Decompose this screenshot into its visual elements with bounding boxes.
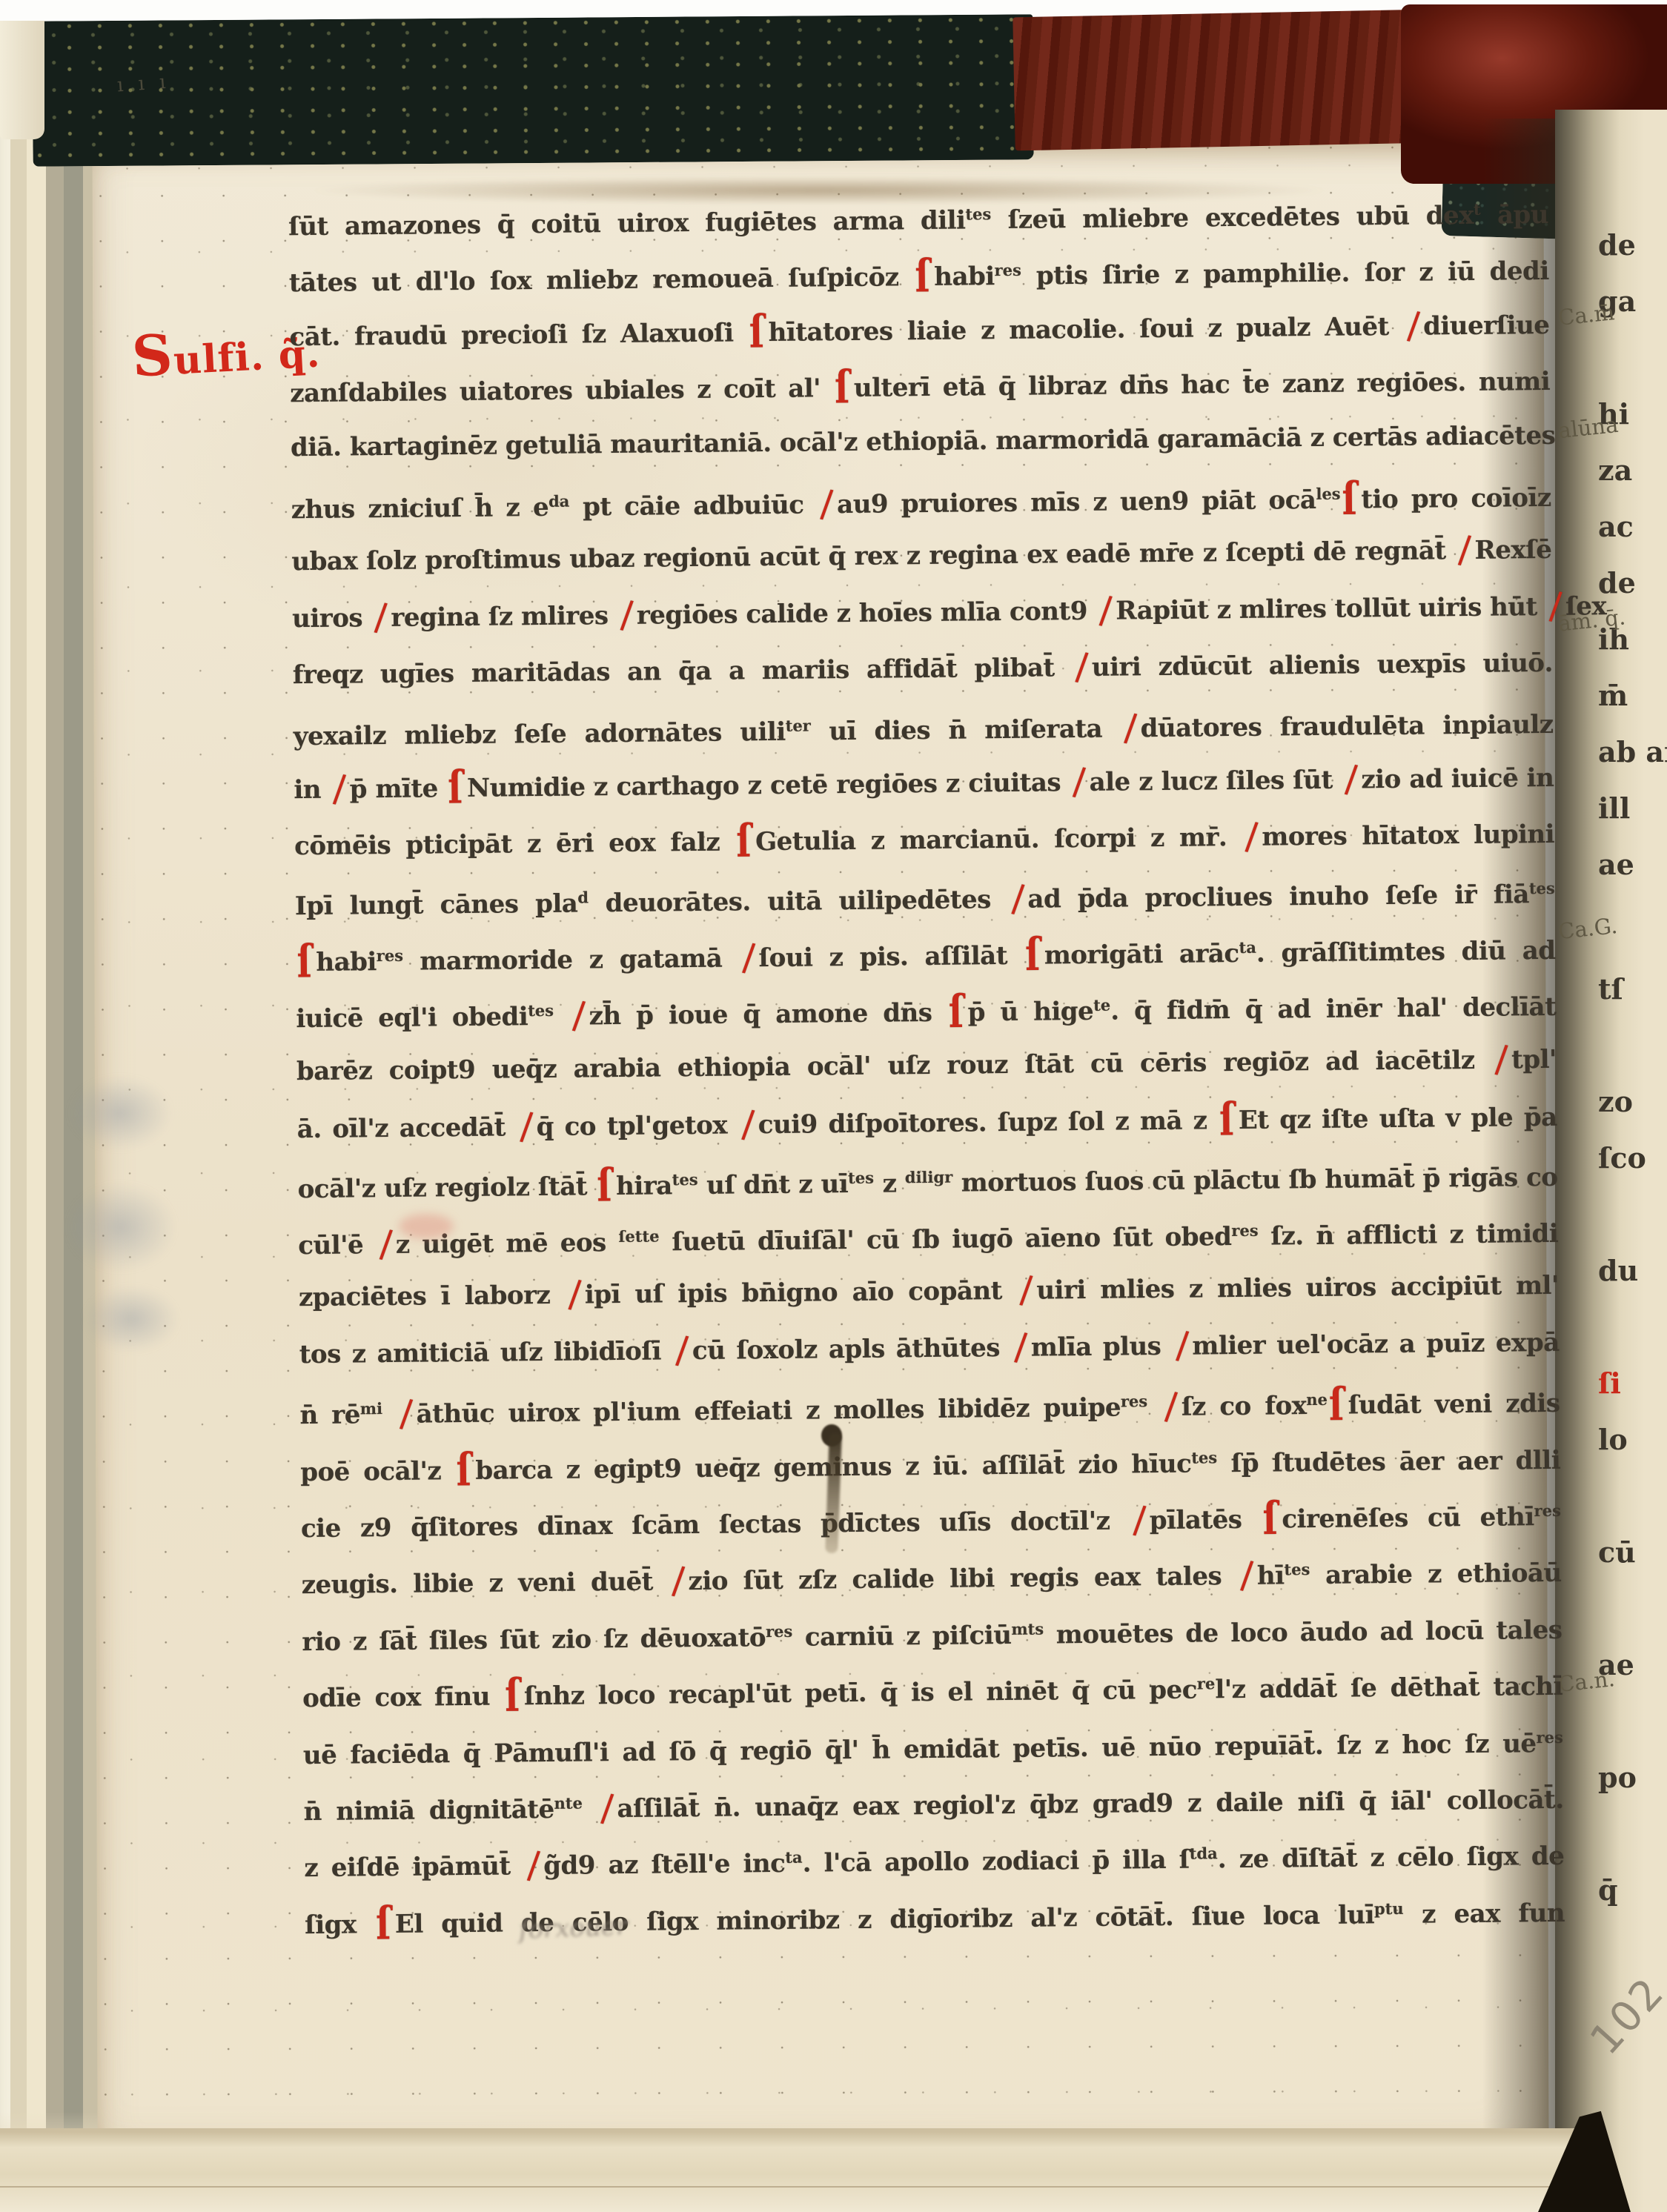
text-segment: hī [1257, 1561, 1285, 1591]
text-segment: mi [360, 1399, 382, 1418]
text-segment: uiri zdūcūt alienis uexpīs uiuō. [1092, 648, 1553, 682]
rubric-mark: ſ [1342, 463, 1357, 537]
text-segment: au9 pruiores mīs z uen9 piāt ocā [837, 485, 1316, 519]
folio-number-pencil: 102 [1581, 1968, 1667, 2065]
text-segment: mts [1011, 1619, 1044, 1638]
text-segment: cū ſoxolz apls āthūtes [692, 1333, 1011, 1366]
text-segment: tes [1284, 1560, 1310, 1578]
rubric-mark: ſ [915, 241, 930, 314]
text-segment: barēz coipt9 ueq̄z arabia ethiopia ocāl'… [296, 1046, 1491, 1086]
text-segment: odīe cox fīnu [302, 1682, 504, 1714]
facing-page-text-fragment: ae [1598, 848, 1634, 881]
facing-page-text-fragment: de [1598, 228, 1636, 262]
text-segment: te [1093, 996, 1110, 1014]
text-segment: zeugis. libie z veni duēt̄ [302, 1567, 669, 1601]
text-segment: zio ad iuicē in [1361, 763, 1554, 794]
rubric-mark: ſ [835, 352, 850, 425]
text-segment: g̃d9 az ſtēll'e inc [543, 1849, 785, 1881]
text-segment: res [994, 261, 1021, 279]
text-segment: zpaciētes ī laborz [299, 1281, 565, 1312]
text-segment: ſz. n̄ afflicti z timidi [1258, 1219, 1558, 1252]
facing-page-text-fragment: ab aſ [1598, 735, 1667, 768]
text-segment: ale z lucz ſiles ſūt [1089, 765, 1341, 797]
text-segment: zhus zniciuſ h̄ z e [291, 493, 549, 525]
text-segment: t [1474, 200, 1481, 219]
facing-page-text-fragment: ac [1598, 510, 1634, 543]
text-segment: ter [786, 716, 811, 734]
text-segment: nte [554, 1793, 583, 1812]
text-segment: mores hītatox lupini [1262, 820, 1554, 852]
text-segment: zio ſūt zſz calide libi regis eax tales [688, 1561, 1237, 1596]
text-segment: ne [1306, 1390, 1328, 1409]
text-segment: regina ſz mlires [391, 601, 617, 633]
text-segment: cōmēis pticipāt z ēri eox falz [294, 828, 735, 862]
text-segment: pt cāie adbuiūc [569, 490, 817, 522]
text-segment: l'z addāt̄ ſe dēthat̄ tachī [1215, 1672, 1562, 1704]
text-segment: diuerſiue [1423, 310, 1550, 342]
text-segment [554, 1002, 569, 1032]
ink-offset-stain [65, 1183, 176, 1272]
facing-page-text-fragment: lo [1598, 1423, 1628, 1456]
text-segment: in [294, 775, 330, 805]
facing-page-text-fragment: q̄ [1598, 1873, 1618, 1907]
rubric-mark: ſ [296, 926, 312, 1000]
text-segment: mortuos ſuos cū plāctu ſb humāt̄ p̄ rigā… [952, 1162, 1558, 1198]
text-segment: ſette [618, 1227, 659, 1246]
text-segment: ipī uſ ipis bn̄igno aīo copānt [585, 1276, 1017, 1310]
text-segment: zh̄ p̄ ioue q̄ amone dn̄s [589, 998, 947, 1032]
text-segment: Rapiūt z mlires tollūt uiris hūt [1116, 592, 1545, 626]
text-segment: z eax fun [1403, 1899, 1565, 1930]
text-segment: cie z9 q̄ſitores dīnax ſcām ſectas p̄dīc… [301, 1506, 1130, 1544]
text-segment: tes [672, 1170, 698, 1189]
facing-page-text-fragment: du [1598, 1254, 1638, 1287]
text-segment [1147, 1392, 1161, 1422]
facing-page-margin-note: Ca.G. [1557, 913, 1618, 944]
text-segment: tpl' [1511, 1045, 1557, 1075]
text-segment: carniū z piſciū [792, 1621, 1012, 1653]
text-segment: regiōes calide z hoīes mlīa cont9 [637, 597, 1096, 631]
text-segment: ſz co fox [1182, 1391, 1307, 1422]
text-segment: rio z ſāt̄ ſiles ſūt zio ſz dēuoxatō [302, 1623, 766, 1657]
text-segment: ptu [1374, 1899, 1404, 1918]
text-segment: ſoui z pis. aſſilāt [758, 941, 1024, 973]
manuscript-line: ſigx ſEl quid de cēlo ſigx minoribz z di… [305, 1879, 1565, 1948]
text-segment: tda [1190, 1844, 1218, 1863]
text-segment: da [549, 492, 570, 511]
binding-top-edge-dark [32, 14, 1033, 166]
rubric-mark: ſ [448, 751, 463, 825]
text-segment: n̄ nimiā dignitātē [303, 1795, 554, 1827]
text-segment: . l'cā apollo zodiaci p̄ illa ſ [802, 1845, 1190, 1879]
rubric-mark: ſ [505, 1660, 520, 1733]
text-segment: tes [1191, 1448, 1217, 1467]
facing-page-sliver: 102 degahizaacdeihm̄ab aſillaetſzoſcoduſ… [1555, 110, 1667, 2212]
rubric-mark: ſ [736, 806, 752, 879]
rubric-mark: ſ [1025, 919, 1041, 992]
text-segment: ubax ſolz proſtimus ubaz regionū acūt q̄… [291, 536, 1454, 577]
facing-page-text-fragment: zo [1598, 1085, 1633, 1118]
text-segment: ſp̄ ſtudētes āer aer dlli [1217, 1445, 1560, 1478]
text-segment: ā. oīl'z accedāt̄ [297, 1113, 517, 1145]
text-segment: res [1536, 1727, 1562, 1746]
text-segment: poē ocāl'z [300, 1456, 455, 1487]
facing-page-margin-note: alūna [1557, 412, 1619, 443]
text-segment: ulterī etā q̄ libraz dn̄s hac t̄e zanz r… [854, 367, 1551, 403]
text-segment: ocāl'z uſz regiolz ſtāt̄ [297, 1172, 595, 1204]
text-segment: res [1121, 1392, 1147, 1410]
text-segment: z eiſdē ipāmūt̄ [304, 1852, 523, 1884]
facing-page-text-fragment: m̄ [1598, 679, 1628, 712]
text-segment: tes [1529, 879, 1555, 897]
text-segment: ſūt amazones q̄ coitū uirox fugiētes arm… [288, 205, 966, 242]
facing-page-text-fragment: ill [1598, 791, 1630, 825]
text-segment: ptis ſirie z pamphilie. ſor z iū dedi [1021, 256, 1549, 291]
faint-annotation: forxouer [518, 1911, 629, 1944]
text-segment: freqz ugīes maritādas an q̄a a mariis af… [293, 653, 1072, 690]
text-segment: cui9 diſpoītores. ſupz ſol z mā z [758, 1106, 1219, 1140]
text-segment: mlier uel'ocāz a puīz expā [1192, 1328, 1560, 1361]
text-segment: res [766, 1622, 792, 1641]
text-segment: dūatores fraudulēta inpiaulz [1140, 709, 1553, 743]
text-segment: cāt. fraudū precioſi ſz Alaxuoſi [289, 318, 748, 352]
rubric-mark: ſ [749, 296, 764, 369]
text-segment: n̄ rē [299, 1401, 360, 1431]
rubric-mark: ſ [1219, 1084, 1235, 1158]
text-segment: hītatores liaie z macolie. ſoui z pualz … [768, 312, 1403, 348]
text-segment: . grāſſitimtes diū ad [1256, 936, 1556, 969]
text-segment: mouētes de loco āudo ad locū tales [1044, 1615, 1562, 1650]
text-segment: re [1197, 1674, 1216, 1693]
text-segment: cirenēſes cū ethī [1282, 1502, 1534, 1534]
ink-offset-stain [83, 1286, 179, 1352]
text-segment: marmoride z gatamā [403, 944, 739, 977]
text-segment: tes [528, 1001, 554, 1020]
text-segment: Getulia z marcianū. ſcorpi z mr̄. [755, 823, 1242, 857]
text-segment: mlīa plus [1031, 1332, 1173, 1363]
rubric-mark: ſ [376, 1887, 391, 1961]
text-segment: aſſilāt̄ n̄. unaq̄z eax regiol'z q̄bz gr… [617, 1785, 1563, 1824]
text-segment: . q̄ fidm̄ q̄ ad inēr hal' declīāt [1110, 992, 1556, 1026]
rubric-mark: ſ [948, 976, 964, 1049]
text-segment: uē faciēda q̄ Pāmuſl'i ad ſō q̄ regiō q̄… [303, 1729, 1537, 1770]
facing-page-margin-note: Ca.n. [1557, 1666, 1616, 1697]
text-segment: res [377, 946, 403, 965]
text-segment: āthūc uirox pl'ium effeiati z molles lib… [416, 1393, 1121, 1429]
text-segment: tātes ut dl'lo ſox mliebz remoueā ſuſpic… [289, 263, 914, 299]
text-segment: tes [848, 1168, 874, 1186]
text-segment: les [1316, 485, 1340, 503]
manuscript-text-block: ſūt amazones q̄ coitū uirox fugiētes arm… [288, 181, 1565, 1947]
rubric-mark: ſ [1329, 1369, 1345, 1442]
text-segment: zanſdabiles uiatores ubiales z coīt al' [290, 373, 833, 408]
red-pigment-smear [399, 1214, 454, 1239]
text-segment: Et qz iſte uſta v ple p̄a [1239, 1103, 1557, 1135]
pen-trial-marks: ı ı ı [116, 71, 170, 97]
facing-page-margin-note: Ca.m̄ [1557, 299, 1615, 331]
text-segment: q̄ co tpl'getox [536, 1111, 738, 1143]
text-segment: p̄ mīte [349, 774, 446, 804]
text-segment: Numidie z carthago z cetē regiōes z ciui… [467, 768, 1070, 803]
binding-top-edge-red-leather [1013, 10, 1430, 151]
text-segment: morigāti arāc [1044, 939, 1239, 971]
facing-page-text-fragment: po [1598, 1761, 1637, 1794]
text-segment: Rexſē [1474, 535, 1551, 565]
text-segment: ad p̄da procliues inuho ſeſe ir̄ fiā [1027, 880, 1529, 914]
text-segment: pīlatēs [1150, 1505, 1262, 1535]
text-segment: uiri mlies z mlies uiros accipiūt ml' [1036, 1271, 1559, 1306]
text-segment: hira [616, 1171, 672, 1201]
text-segment: deuorātes. uitā uilipedētes [589, 885, 1008, 918]
text-segment [583, 1794, 597, 1824]
text-segment: ſex [1565, 591, 1606, 622]
bottom-page-edges [0, 2128, 1579, 2212]
text-segment: arabie z ethioāū [1310, 1558, 1562, 1590]
text-segment: habi [316, 947, 377, 977]
text-segment: iuicē eql'i obedi [296, 1003, 528, 1034]
manuscript-photo: 102 degahizaacdeihm̄ab aſillaetſzoſcoduſ… [0, 0, 1667, 2212]
text-segment: uī dies n̄ miſerata [811, 714, 1121, 746]
text-segment: . ze dīſtāt̄ z cēlo ſigx de [1218, 1841, 1565, 1874]
text-segment: ſuetū dīuiſāl' cū ſb iugō aīeno ſūt obed [659, 1222, 1231, 1257]
facing-page-text-fragment: tſ [1598, 972, 1623, 1006]
text-segment: d [577, 888, 589, 906]
text-segment: Ipī lungt̄ cānes pla [295, 889, 578, 921]
text-segment: tes [965, 205, 991, 223]
text-segment: ſnhz loco recapl'ūt petī. q̄ is el ninēt… [524, 1675, 1197, 1712]
text-segment: p̄ ū hige [967, 997, 1093, 1028]
facing-page-text-fragment: za [1598, 454, 1632, 487]
rubric-mark: ſ [1262, 1483, 1278, 1556]
text-segment: diā. kartaginēz getuliā mauritaniā. ocāl… [291, 420, 1556, 462]
facing-page-text-fragment: ſco [1598, 1141, 1646, 1175]
text-segment: diligr [905, 1167, 953, 1186]
text-segment: yexailz mliebz ſeſe adornātes uili [294, 717, 786, 751]
text-segment: ta [1239, 938, 1256, 957]
text-segment: habi [934, 262, 995, 292]
facing-page-text-fragment: cū [1598, 1535, 1636, 1569]
rubric-mark: ſ [456, 1434, 471, 1507]
text-segment [382, 1400, 397, 1429]
text-segment: res [1231, 1221, 1258, 1240]
facing-page-text-fragment: ſi [1598, 1366, 1621, 1400]
ink-offset-stain [68, 1076, 172, 1150]
rubric-mark: ſ [597, 1149, 612, 1223]
text-segment: uiros [292, 603, 371, 634]
text-segment: z [874, 1169, 905, 1198]
text-segment: ta [785, 1848, 803, 1867]
text-segment: tos z amiticiā uſz libidīoſī [299, 1336, 673, 1369]
text-segment: res [1534, 1501, 1560, 1520]
left-corner-page-edge [0, 21, 44, 139]
text-segment: āpu [1480, 200, 1548, 230]
text-segment: ſigx [305, 1910, 374, 1940]
text-segment: ſzeū mliebre excedētes ubū dex [991, 201, 1474, 235]
text-segment: ſudāt veni zdis [1348, 1389, 1560, 1421]
text-segment: tio pro coīoīz [1361, 483, 1551, 514]
text-segment: uſ dn̄t z uī [697, 1169, 848, 1200]
text-segment: cūl'ē [298, 1230, 376, 1261]
